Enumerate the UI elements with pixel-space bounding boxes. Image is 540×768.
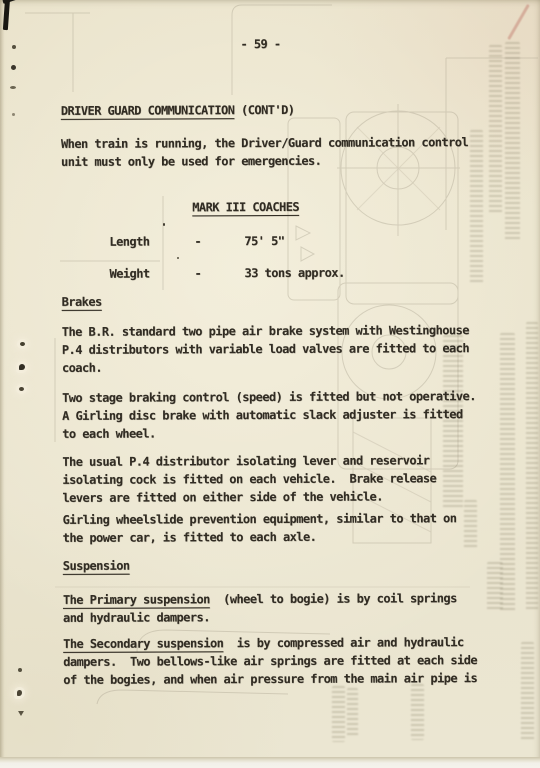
document-text-layer: - 59 - DRIVER GUARD COMMUNICATION (CONT'…	[0, 0, 540, 768]
paragraph-intro: When train is running, the Driver/Guard …	[61, 133, 507, 171]
inline-underlined-lead: The Secondary suspension	[63, 636, 223, 651]
binding-mark	[20, 342, 25, 346]
binding-mark	[19, 387, 24, 391]
ink-spot	[177, 257, 179, 259]
section-heading-brakes: Brakes	[62, 293, 102, 311]
section-heading-suspension: Suspension	[63, 557, 130, 575]
spec-label: Length	[109, 232, 194, 250]
inline-underlined-lead: The Primary suspension	[63, 592, 210, 607]
paragraph-secondary-suspension: The Secondary suspension is by compresse…	[63, 633, 509, 689]
spec-value: 33 tons approx.	[244, 266, 344, 280]
heading-underlined-text: DRIVER GUARD COMMUNICATION	[61, 103, 235, 118]
spec-separator: -	[194, 264, 244, 282]
page-bottom-edge	[0, 757, 540, 768]
paragraph-brakes-4: Girling wheelslide prevention equipment,…	[63, 509, 509, 547]
ink-spot	[163, 223, 165, 226]
subsection-title-mark3-coaches: MARK III COACHES	[192, 198, 299, 216]
ink-spot	[11, 65, 16, 70]
section-heading-driver-guard: DRIVER GUARD COMMUNICATION (CONT'D)	[61, 101, 295, 120]
ink-spot	[12, 113, 15, 116]
ink-spot	[10, 86, 16, 89]
binding-mark	[19, 364, 25, 370]
paragraph-primary-suspension: The Primary suspension (wheel to bogie) …	[63, 589, 509, 627]
page-number: - 59 -	[60, 34, 460, 54]
spec-separator: -	[194, 232, 244, 250]
spec-row-weight: Weight-33 tons approx.	[109, 264, 344, 283]
paragraph-brakes-3: The usual P.4 distributor isolating leve…	[62, 451, 508, 507]
ink-spot	[18, 668, 22, 672]
page-left-edge-shadow	[0, 0, 4, 768]
heading-suffix: (CONT'D)	[234, 103, 294, 117]
spec-value: 75' 5"	[244, 234, 284, 248]
spec-row-length: Length-75' 5"	[109, 232, 284, 251]
spec-label: Weight	[109, 264, 194, 282]
paragraph-brakes-1: The B.R. standard two pipe air brake sys…	[62, 321, 508, 377]
paragraph-brakes-2: Two stage braking control (speed) is fit…	[62, 387, 508, 443]
ink-spot	[12, 45, 16, 49]
scanned-document-page: - 59 - DRIVER GUARD COMMUNICATION (CONT'…	[0, 0, 540, 768]
